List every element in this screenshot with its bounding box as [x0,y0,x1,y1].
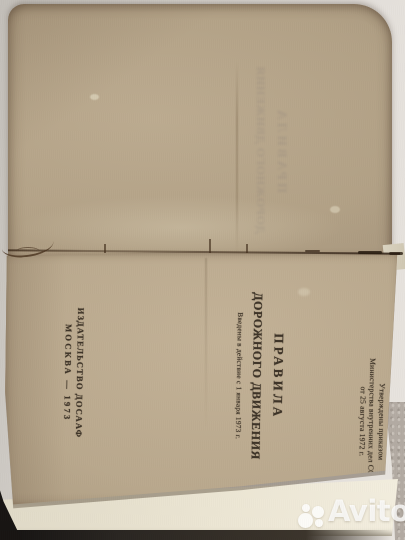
book-title-page: Утверждены приказом Министерства внутрен… [2,250,402,508]
book-title-line1: ПРАВИЛА [268,255,288,497]
publisher-name: ИЗДАТЕЛЬСТВО ДОСААФ [71,252,87,494]
avito-logo-icon [298,513,313,528]
title-page-content: Утверждены приказом Министерства внутрен… [4,251,392,500]
tear-mark [104,244,106,253]
spine-crease [0,246,405,258]
avito-logo-icon [315,519,323,527]
approval-note-line: от 25 августа 1972 г. [356,358,368,485]
approval-note: Утверждены приказом Министерства внутрен… [356,358,387,485]
book-endpaper-page: ПРАВИЛА ДОРОЖНОГО ДВИЖЕНИЯ [8,4,392,258]
effective-note: Введены в действие с 1 января 1973 г. [233,255,245,497]
ink-offset-ghost: ПРАВИЛА ДОРОЖНОГО ДВИЖЕНИЯ [232,29,292,258]
spine-fold-line [8,249,400,254]
avito-watermark: Avito [293,497,405,537]
paper-wear-speck [298,288,310,296]
publisher-imprint: ИЗДАТЕЛЬСТВО ДОСААФ МОСКВА — 1973 [60,252,87,494]
book-title-line2: ДОРОЖНОГО ДВИЖЕНИЯ [247,255,266,497]
paper-wear-speck [90,94,99,100]
avito-wordmark: Avito [328,494,405,528]
ghost-title-line2: ДОРОЖНОГО ДВИЖЕНИЯ [253,29,268,258]
listing-photo: ПРАВИЛА ДОРОЖНОГО ДВИЖЕНИЯ Утверждены пр… [0,0,405,540]
approval-note-line: Министерства внутренних дел СССР [366,358,378,485]
tear-mark [16,247,40,256]
tear-mark [246,244,248,253]
tear-mark [358,251,382,254]
tear-mark [389,252,403,255]
tear-mark [209,239,211,253]
ghost-title-line1: ПРАВИЛА [274,29,290,258]
avito-logo-icon [312,506,324,518]
publisher-city-year: МОСКВА — 1973 [60,252,76,494]
page-fold-crease [205,258,207,428]
paper-wear-speck [330,206,340,213]
avito-logo-icon [302,504,310,512]
